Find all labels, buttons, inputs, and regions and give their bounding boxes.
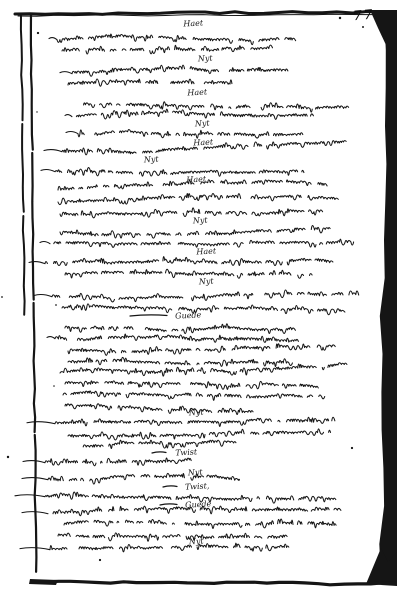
speaker-label: Guede — [185, 499, 212, 509]
handwriting-line — [20, 543, 289, 553]
handwriting-line — [68, 428, 336, 441]
speaker-label: Twist, — [185, 481, 210, 491]
handwriting-line — [65, 380, 318, 390]
handwriting-line — [47, 334, 298, 342]
handwriting-line — [65, 403, 253, 415]
speaker-label: Nyt — [187, 468, 204, 478]
speaker-label: Haet — [195, 246, 217, 256]
speaker-label: Nyt — [192, 216, 209, 226]
speaker-label: Haet — [186, 87, 208, 97]
handwriting-line — [60, 64, 288, 77]
handwriting-line — [22, 505, 341, 516]
handwriting-line — [27, 417, 335, 428]
handwriting-line — [40, 239, 354, 248]
handwriting-line — [62, 45, 273, 54]
speaker-label: Haet — [185, 174, 207, 184]
handwriting-line — [65, 109, 313, 120]
speaker-label: Nyt — [188, 408, 205, 418]
speaker-labels: HaetNytHaetNytHaetNytHaetNytHaetNytGuede… — [130, 18, 217, 546]
handwriting-line — [15, 489, 342, 505]
handwriting-line — [62, 304, 345, 315]
handwriting-line — [49, 32, 296, 47]
handwriting-line — [58, 192, 338, 206]
handwriting-line — [58, 532, 287, 542]
manuscript-scan: HaetNytHaetNytHaetNytHaetNytHaetNytGuede… — [0, 0, 397, 600]
handwriting-line — [65, 324, 296, 334]
handwriting-line — [41, 167, 304, 177]
handwriting-line — [23, 458, 191, 466]
handwriting-line — [60, 207, 323, 218]
speaker-label: Nyt — [188, 537, 205, 547]
manuscript-svg: HaetNytHaetNytHaetNytHaetNytHaetNytGuede… — [0, 0, 397, 600]
handwriting-line — [29, 257, 333, 266]
handwriting-line — [68, 356, 292, 369]
speaker-label: Nyt — [198, 277, 215, 287]
speaker-label: Haet — [192, 137, 214, 147]
handwriting-line — [68, 344, 335, 356]
speaker-label: Guede — [175, 310, 202, 320]
handwriting-lines — [15, 32, 359, 553]
handwriting-line — [66, 130, 303, 139]
handwriting-line — [83, 439, 236, 449]
speaker-label: Nyt — [143, 155, 160, 165]
handwriting-line — [64, 519, 336, 529]
handwriting-line — [63, 391, 325, 401]
folio-number: 77 — [352, 7, 383, 25]
speaker-label: Nyt — [197, 54, 214, 64]
speaker-label: Haet — [182, 18, 204, 28]
handwriting-line — [65, 269, 312, 280]
handwriting-line — [60, 225, 330, 239]
speaker-label: Twist — [175, 447, 198, 457]
handwriting-line — [68, 78, 232, 87]
speaker-label: Nyt — [194, 119, 211, 129]
handwriting-line — [60, 363, 347, 376]
handwriting-line — [34, 289, 359, 302]
